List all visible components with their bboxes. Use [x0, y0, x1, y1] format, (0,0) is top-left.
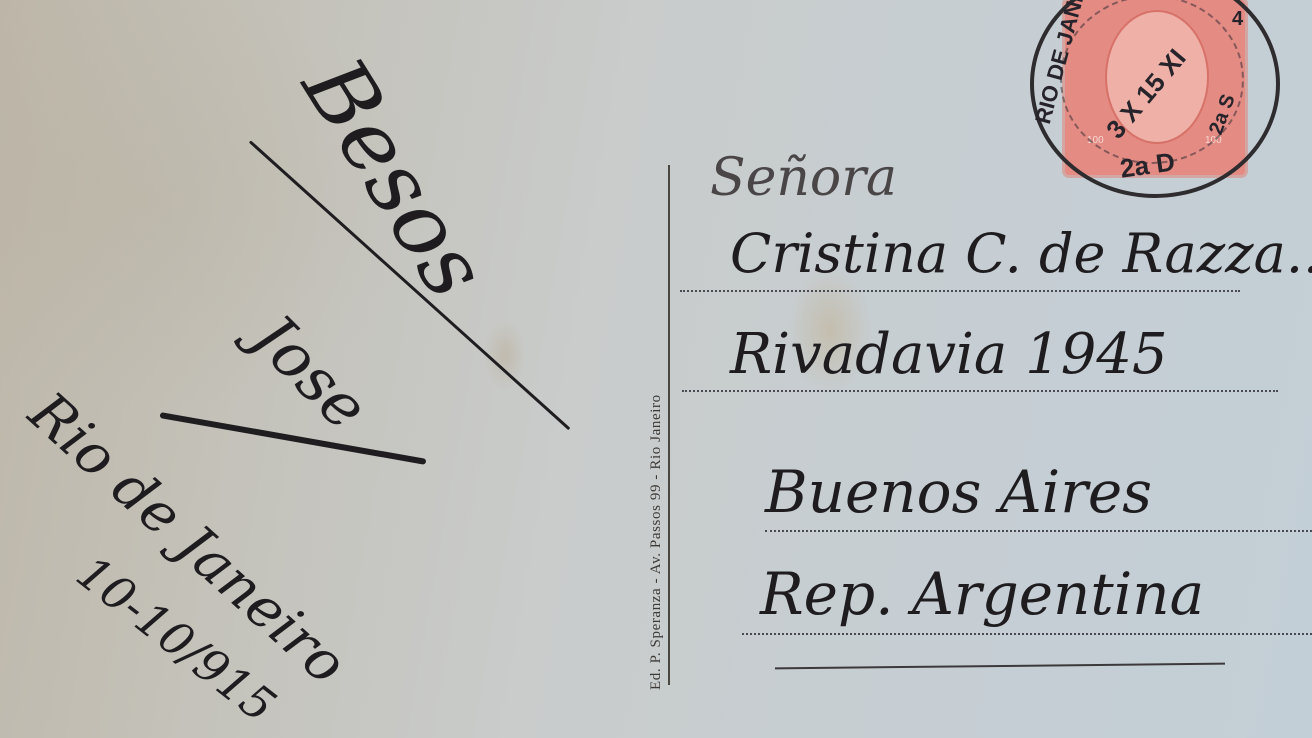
publisher-imprint: Ed. P. Speranza - Av. Passos 99 - Rio Ja… — [648, 394, 665, 690]
address-line-title: Señora — [710, 148, 897, 208]
address-rule-2 — [682, 390, 1278, 392]
address-line-street: Rivadavia 1945 — [730, 322, 1168, 387]
address-rule-1 — [680, 290, 1240, 292]
address-rule-4 — [742, 633, 1312, 635]
center-divider-line — [668, 165, 670, 685]
postmark-extra: 4 — [1232, 8, 1243, 31]
address-line-country: Rep. Argentina — [760, 560, 1204, 628]
address-line-name: Cristina C. de Razza... — [730, 222, 1312, 285]
address-rule-3 — [765, 530, 1312, 532]
address-line-city: Buenos Aires — [765, 458, 1152, 526]
